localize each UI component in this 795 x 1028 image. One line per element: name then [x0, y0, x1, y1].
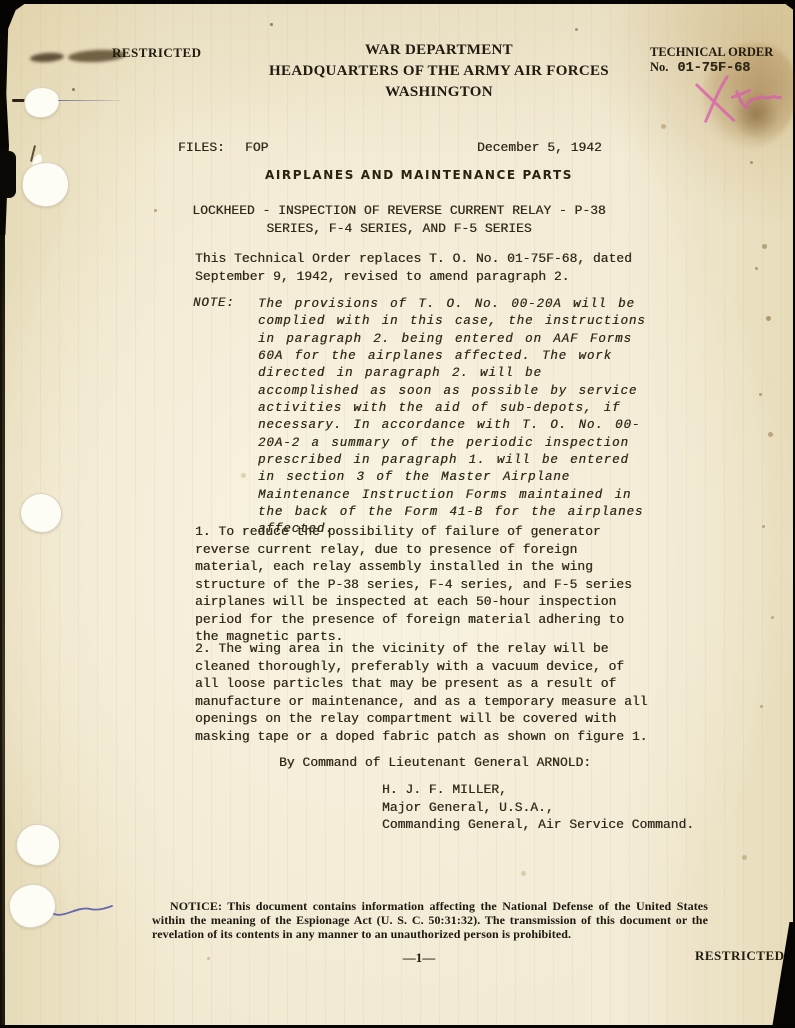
- signature-block: H. J. F. MILLER, Major General, U.S.A., …: [382, 781, 694, 834]
- intro-paragraph: This Technical Order replaces T. O. No. …: [195, 250, 653, 285]
- paragraph-1: 1. To reduce the possibility of failure …: [195, 523, 649, 646]
- section-title: AIRPLANES AND MAINTENANCE PARTS: [119, 168, 719, 182]
- technical-order-no-label: No.: [650, 60, 668, 74]
- subject-block: LOCKHEED - INSPECTION OF REVERSE CURRENT…: [119, 202, 679, 237]
- subject-line2: SERIES, F-4 SERIES, AND F-5 SERIES: [119, 220, 679, 238]
- signature-name: H. J. F. MILLER,: [382, 781, 694, 799]
- ink-smudge: [30, 52, 65, 63]
- paragraph-2: 2. The wing area in the vicinity of the …: [195, 640, 649, 745]
- letterhead-line3: WASHINGTON: [139, 82, 739, 103]
- files-label: FILES:: [178, 140, 225, 155]
- note-label: NOTE:: [193, 296, 235, 310]
- letterhead-line1: WAR DEPARTMENT: [139, 40, 739, 61]
- classification-bottom-right: RESTRICTED: [695, 948, 785, 964]
- files-value: FOP: [245, 140, 268, 155]
- subject-line1: LOCKHEED - INSPECTION OF REVERSE CURRENT…: [119, 202, 679, 220]
- pen-line-blue: [58, 100, 120, 101]
- punch-hole: [20, 493, 62, 533]
- command-line: By Command of Lieutenant General ARNOLD:: [279, 755, 591, 770]
- note-text: The provisions of T. O. No. 00-20A will …: [258, 296, 650, 539]
- scan-edge-tab: [0, 151, 16, 198]
- espionage-notice: NOTICE: This document contains informati…: [152, 900, 708, 941]
- signature-rank: Major General, U.S.A.,: [382, 799, 694, 817]
- page-number: —1—: [119, 950, 719, 966]
- document-date: December 5, 1942: [477, 140, 602, 155]
- letterhead: WAR DEPARTMENT HEADQUARTERS OF THE ARMY …: [139, 40, 739, 103]
- letterhead-line2: HEADQUARTERS OF THE ARMY AIR FORCES: [139, 61, 739, 82]
- pen-curve-blue: [52, 902, 114, 925]
- signature-title: Commanding General, Air Service Command.: [382, 816, 694, 834]
- scanned-document-page: RESTRICTED WAR DEPARTMENT HEADQUARTERS O…: [2, 4, 793, 1025]
- technical-order-title: TECHNICAL ORDER: [650, 45, 773, 59]
- handwritten-xtra-mark: [685, 67, 787, 140]
- scan-edge-top: [0, 0, 795, 4]
